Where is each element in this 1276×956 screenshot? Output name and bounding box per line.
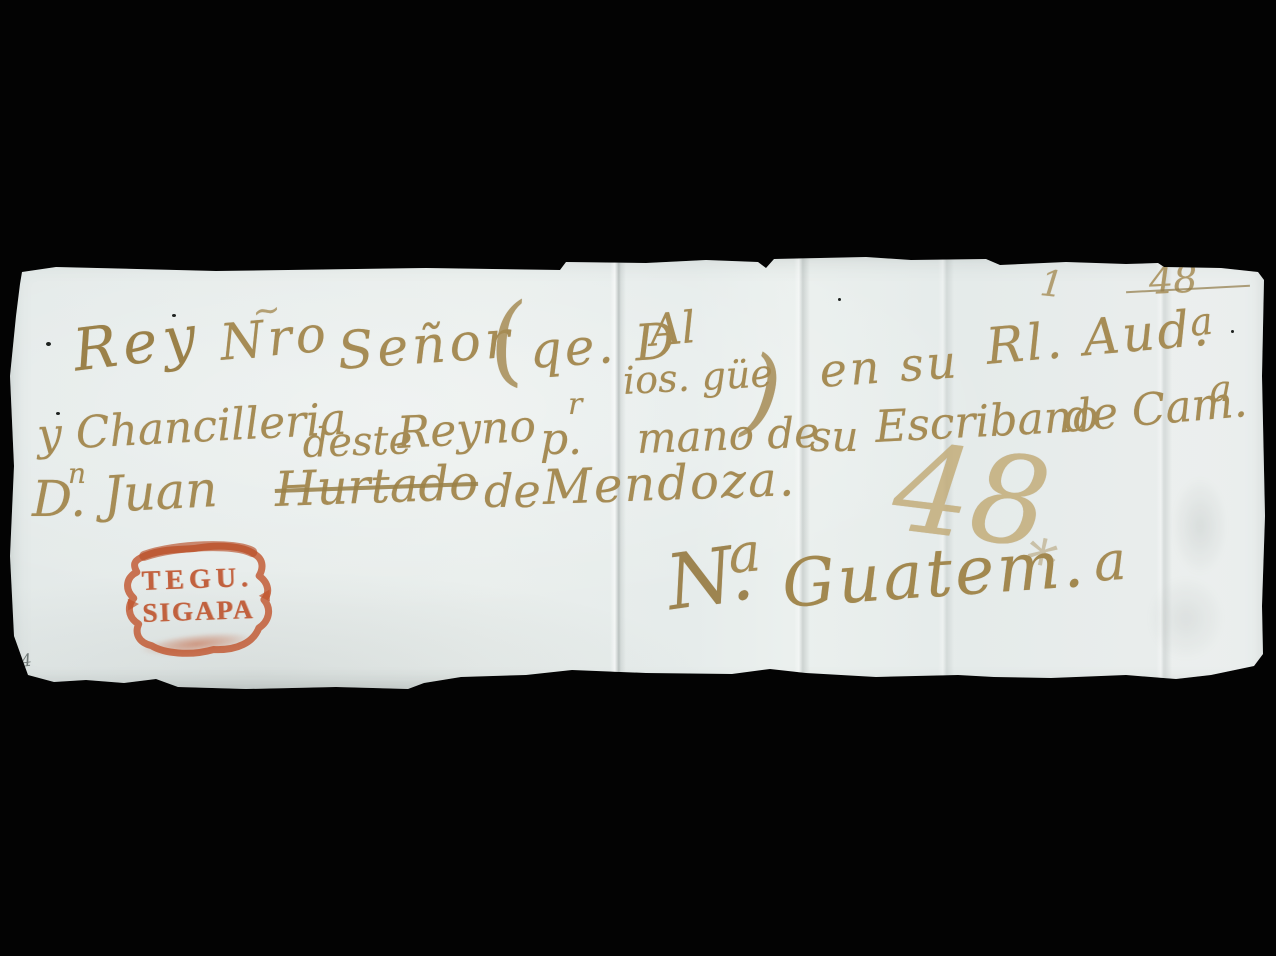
handwriting-nro-tilde: ~: [250, 292, 283, 330]
ink-speck: [46, 342, 51, 346]
handwriting-su: su: [810, 416, 859, 458]
postmark-line2: SIGAPA: [118, 595, 279, 628]
photo-backdrop: { "scene": { "background_color": "#03030…: [0, 0, 1276, 956]
postmark-line1: TEGU.: [117, 563, 278, 597]
handwriting-don-sup: n: [68, 460, 86, 488]
tegucigalpa-postmark: TEGU. SIGAPA: [116, 537, 280, 669]
handwriting-paren-open: (: [482, 291, 532, 391]
pencil-note: 4: [20, 652, 33, 670]
handwriting-y-chancilleria: y Chancilleria: [36, 398, 348, 458]
handwriting-de-cam-sup: a: [1210, 372, 1231, 408]
destination-n-sup: a: [726, 525, 763, 582]
handwriting-hurtado: Hurtado: [274, 459, 479, 514]
ink-speck: [1231, 330, 1234, 333]
handwriting-rey: Rey: [70, 306, 205, 379]
destination-guatemala: Guatem.: [780, 531, 1089, 618]
handwriting-mendoza: Mendoza.: [542, 455, 797, 512]
handwriting-en-su: en su: [818, 338, 961, 394]
handwriting-p-sup: r: [568, 390, 582, 420]
handwriting-rl-aud-sup: a: [1188, 302, 1215, 342]
handwriting-de: de: [484, 468, 541, 514]
top-mark-one: 1: [1038, 266, 1065, 304]
handwriting-juan: Juan: [102, 464, 219, 520]
crossed-out-rate-48: 48: [1148, 259, 1198, 299]
handwriting-p: p.: [540, 418, 582, 462]
letter-cover: Al Rey Nro ~ Señor ( qe. D ios. güe ) en…: [6, 256, 1270, 692]
paper-watermark: [1130, 460, 1270, 680]
ink-speck: [838, 298, 841, 301]
destination-a: a: [1092, 534, 1128, 590]
handwriting-reyno: Reyno: [396, 405, 537, 456]
fold-crease-2: [794, 256, 810, 692]
